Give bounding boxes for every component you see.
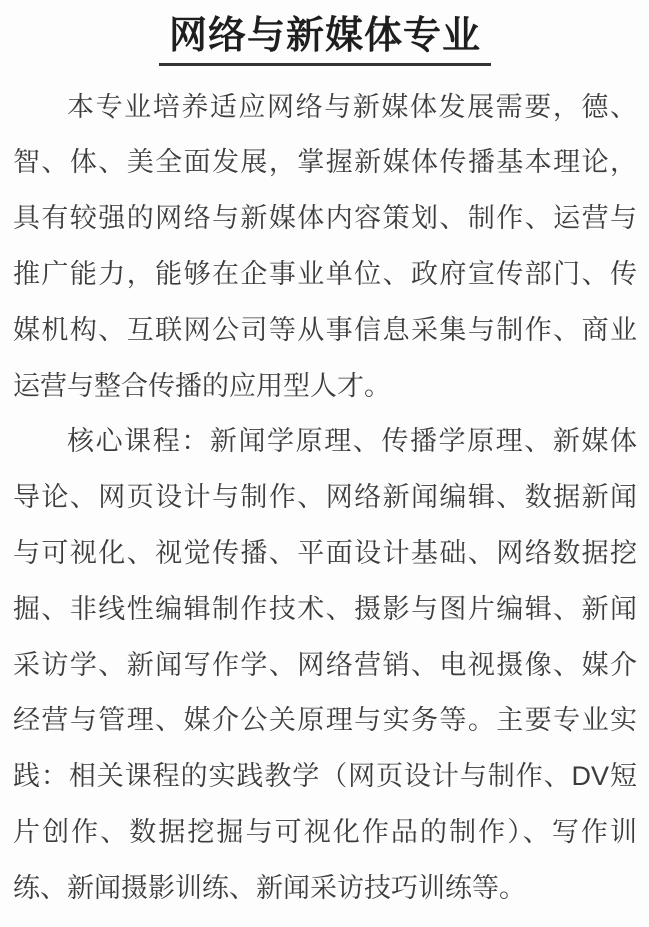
text-line: 片创作、数据挖掘与可视化作品的制作）、写作训	[13, 805, 637, 861]
text-line: 智、体、美全面发展，掌握新媒体传播基本理论，	[13, 135, 637, 191]
text-line: 练、新闻摄影训练、新闻采访技巧训练等。	[13, 861, 637, 917]
paragraph-objectives: 本专业培养适应网络与新媒体发展需要，德、 智、体、美全面发展，掌握新媒体传播基本…	[13, 80, 637, 415]
text-line: 具有较强的网络与新媒体内容策划、制作、运营与	[13, 191, 637, 247]
paragraph-core-courses: 核心课程：新闻学原理、传播学原理、新媒体 导论、网页设计与制作、网络新闻编辑、数…	[13, 414, 637, 916]
text-line: 经营与管理、媒介公关原理与实务等。主要专业实	[13, 693, 637, 749]
page-title: 网络与新媒体专业	[159, 14, 491, 66]
text-line: 践：相关课程的实践教学（网页设计与制作、DV短	[13, 749, 637, 805]
text-line: 本专业培养适应网络与新媒体发展需要，德、	[13, 80, 637, 136]
text-line: 与可视化、视觉传播、平面设计基础、网络数据挖	[13, 526, 637, 582]
text-line: 导论、网页设计与制作、网络新闻编辑、数据新闻	[13, 470, 637, 526]
title-container: 网络与新媒体专业	[13, 14, 637, 66]
text-line: 采访学、新闻写作学、网络营销、电视摄像、媒介	[13, 638, 637, 694]
document-body: 本专业培养适应网络与新媒体发展需要，德、 智、体、美全面发展，掌握新媒体传播基本…	[13, 80, 637, 917]
document-page: 网络与新媒体专业 本专业培养适应网络与新媒体发展需要，德、 智、体、美全面发展，…	[0, 0, 649, 927]
text-line: 运营与整合传播的应用型人才。	[13, 359, 637, 415]
text-line: 推广能力，能够在企事业单位、政府宣传部门、传	[13, 247, 637, 303]
text-line: 媒机构、互联网公司等从事信息采集与制作、商业	[13, 303, 637, 359]
text-line: 掘、非线性编辑制作技术、摄影与图片编辑、新闻	[13, 582, 637, 638]
text-line: 核心课程：新闻学原理、传播学原理、新媒体	[13, 414, 637, 470]
